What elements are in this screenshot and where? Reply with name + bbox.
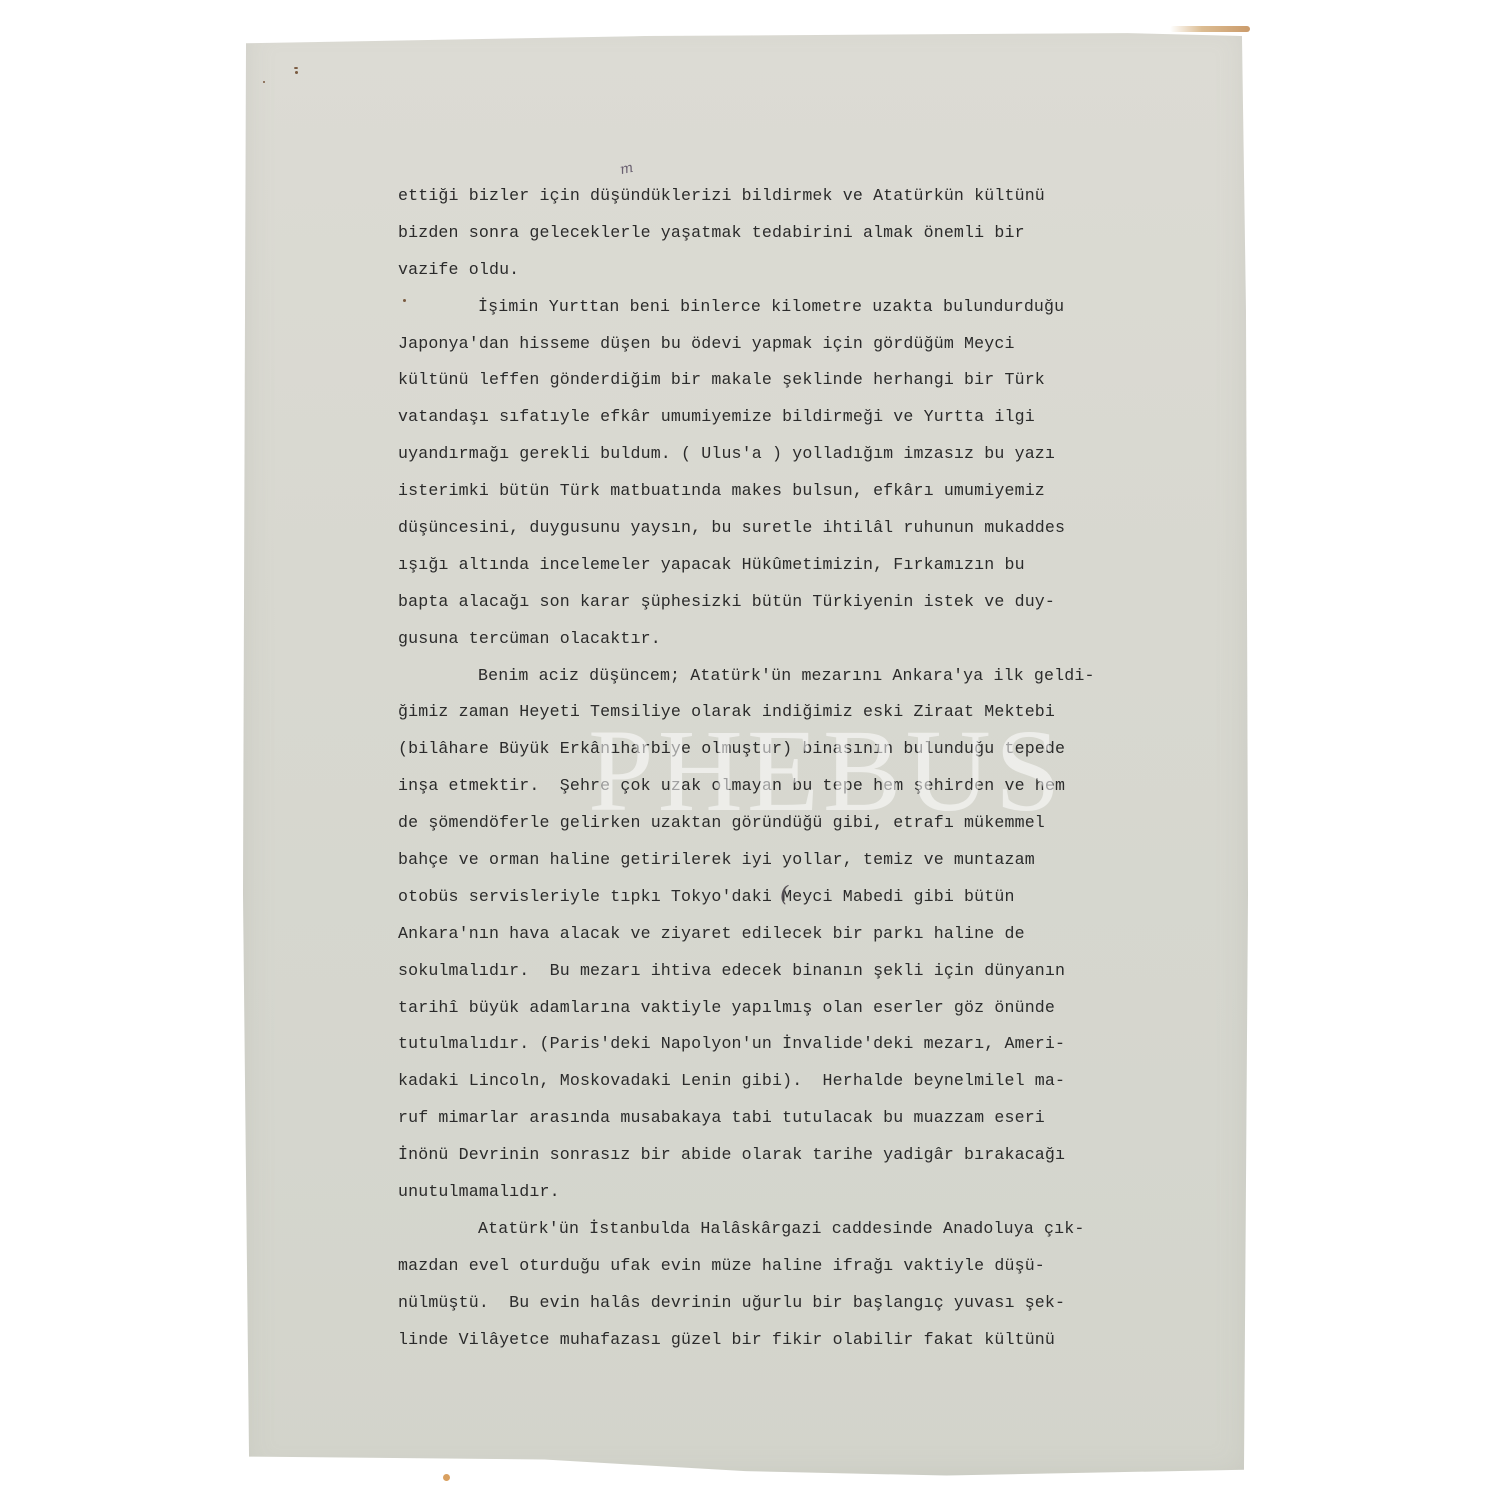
text-line: Ankara'nın hava alacak ve ziyaret edilec…	[398, 916, 1198, 953]
text-line: unutulmamalıdır.	[398, 1174, 1198, 1211]
paper-speck	[263, 81, 265, 83]
text-line: sokulmalıdır. Bu mezarı ihtiva edecek bi…	[398, 953, 1198, 990]
text-line: İnönü Devrinin sonrasız bir abide olarak…	[398, 1137, 1198, 1174]
text-line: Japonya'dan hisseme düşen bu ödevi yapma…	[398, 326, 1198, 363]
text-line: (bilâhare Büyük Erkânıharbiye olmuştur) …	[398, 731, 1198, 768]
text-line: uyandırmağı gerekli buldum. ( Ulus'a ) y…	[398, 436, 1198, 473]
text-line: düşüncesini, duygusunu yaysın, bu suretl…	[398, 510, 1198, 547]
text-line: ruf mimarlar arasında musabakaya tabi tu…	[398, 1100, 1198, 1137]
text-line: vazife oldu.	[398, 252, 1198, 289]
paper-stain	[443, 1474, 450, 1481]
text-line: ğimiz zaman Heyeti Temsiliye olarak indi…	[398, 694, 1198, 731]
text-line: nülmüştü. Bu evin halâs devrinin uğurlu …	[398, 1285, 1198, 1322]
text-line: isterimki bütün Türk matbuatında makes b…	[398, 473, 1198, 510]
paper-speck	[295, 71, 298, 74]
paper-stain	[1170, 26, 1250, 32]
text-line: bahçe ve orman haline getirilerek iyi yo…	[398, 842, 1198, 879]
text-line: linde Vilâyetce muhafazası güzel bir fik…	[398, 1322, 1198, 1359]
paragraph-start-line: Atatürk'ün İstanbulda Halâskârgazi cadde…	[398, 1211, 1198, 1248]
text-line: inşa etmektir. Şehre çok uzak olmayan bu…	[398, 768, 1198, 805]
paper-speck	[294, 67, 298, 69]
typed-text-body: ettiği bizler için düşündüklerizi bildir…	[398, 178, 1198, 1359]
text-line: bapta alacağı son karar şüphesizki bütün…	[398, 584, 1198, 621]
paragraph-start-line: İşimin Yurttan beni binlerce kilometre u…	[398, 289, 1198, 326]
text-line: vatandaşı sıfatıyle efkâr umumiyemize bi…	[398, 399, 1198, 436]
text-line: otobüs servisleriyle tıpkı Tokyo'daki Me…	[398, 879, 1198, 916]
text-line: ettiği bizler için düşündüklerizi bildir…	[398, 178, 1198, 215]
paragraph-start-line: Benim aciz düşüncem; Atatürk'ün mezarını…	[398, 658, 1198, 695]
text-line: kadaki Lincoln, Moskovadaki Lenin gibi).…	[398, 1063, 1198, 1100]
text-line: bizden sonra geleceklerle yaşatmak tedab…	[398, 215, 1198, 252]
text-line: de şömendöferle gelirken uzaktan göründü…	[398, 805, 1198, 842]
text-line: mazdan evel oturduğu ufak evin müze hali…	[398, 1248, 1198, 1285]
text-line: tarihî büyük adamlarına vaktiyle yapılmı…	[398, 990, 1198, 1027]
text-line: tutulmalıdır. (Paris'deki Napolyon'un İn…	[398, 1026, 1198, 1063]
text-line: ışığı altında incelemeler yapacak Hükûme…	[398, 547, 1198, 584]
text-line: gusuna tercüman olacaktır.	[398, 621, 1198, 658]
text-line: kültünü leffen gönderdiğim bir makale şe…	[398, 362, 1198, 399]
